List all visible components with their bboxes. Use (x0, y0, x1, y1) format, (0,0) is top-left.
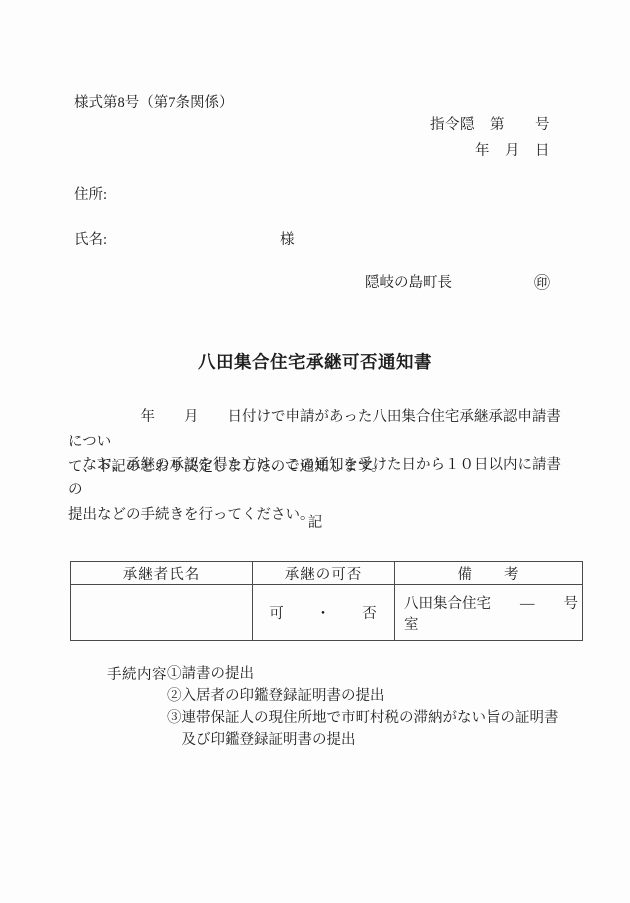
issuer-title: 隠岐の島町長 (365, 275, 452, 291)
cell-approval: 可 ・ 否 (253, 585, 395, 641)
header-successor-name: 承継者氏名 (71, 562, 253, 585)
directive-number: 指令隠 第 号 (0, 113, 550, 134)
name-label: 氏名: (74, 232, 107, 248)
name-honorific: 様 (280, 228, 295, 249)
header-approval: 承継の可否 (253, 562, 395, 585)
ki-marker: 記 (0, 511, 630, 532)
name-line: 氏名: 様 (74, 228, 394, 249)
cell-remarks: 八田集合住宅 ― 号室 (395, 585, 583, 641)
issuer-line: 隠岐の島町長 ㊞ (365, 271, 585, 292)
document-page: 様式第8号（第7条関係） 指令隠 第 号 年 月 日 住所: 氏名: 様 隠岐の… (0, 0, 630, 903)
procedure-item-3-continued: 及び印鑑登録証明書の提出 (167, 729, 587, 751)
document-title: 八田集合住宅承継可否通知書 (0, 349, 630, 374)
procedures-label: 手続内容 (107, 663, 167, 684)
form-number: 様式第8号（第7条関係） (74, 91, 234, 112)
table-row: 可 ・ 否 八田集合住宅 ― 号室 (71, 585, 583, 641)
address-label: 住所: (74, 183, 107, 204)
procedures-list: ①請書の提出 ②入居者の印鑑登録証明書の提出 ③連帯保証人の現住所地で市町村税の… (167, 663, 587, 751)
procedure-item-3: ③連帯保証人の現住所地で市町村税の滞納がない旨の証明書 (167, 707, 587, 729)
paragraph-2-line-1: なお、承継の承認を得た方は、この通知を受けた日から１０日以内に請書の (68, 453, 573, 503)
seal-mark-icon: ㊞ (534, 270, 550, 293)
procedure-item-1: ①請書の提出 (167, 663, 587, 685)
cell-successor-name (71, 585, 253, 641)
paragraph-1-line-1: 年 月 日付けで申請があった八田集合住宅承継承認申請書につい (68, 405, 573, 455)
procedure-item-2: ②入居者の印鑑登録証明書の提出 (167, 685, 587, 707)
date-line: 年 月 日 (0, 139, 550, 160)
decision-table: 承継者氏名 承継の可否 備 考 可 ・ 否 八田集合住宅 ― 号室 (70, 561, 583, 641)
header-remarks: 備 考 (395, 562, 583, 585)
table-header-row: 承継者氏名 承継の可否 備 考 (71, 562, 583, 585)
